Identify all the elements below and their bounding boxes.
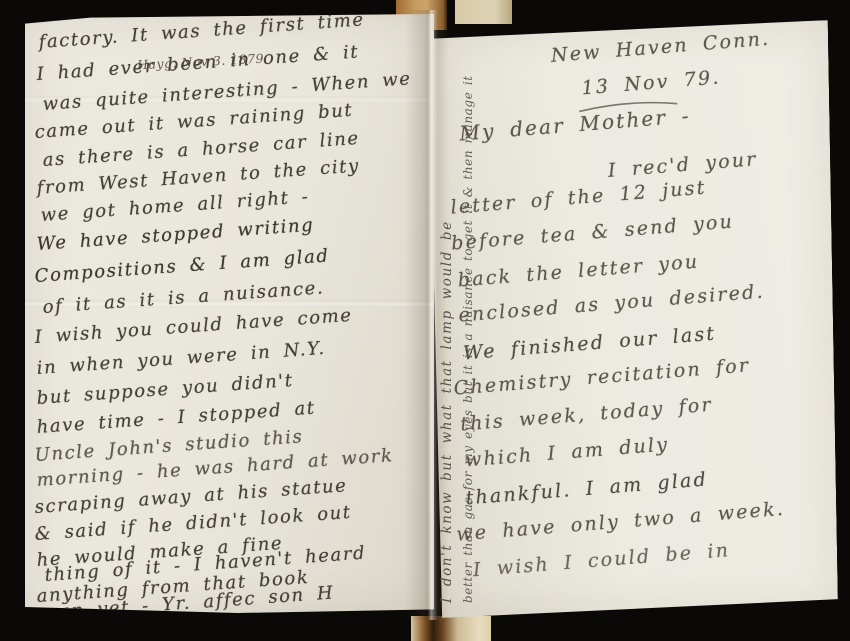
photo-background: factory. It was the first time Hayg. Nov…	[0, 0, 850, 641]
clamp-block-top-right	[455, 0, 512, 24]
heading-place: New Haven Conn.	[550, 28, 771, 67]
vertical-margin-note: I don't know but what that lamp would be…	[437, 41, 479, 603]
handwritten-line: this week, today for	[460, 394, 714, 436]
handwritten-line: thankful. I am glad	[465, 468, 709, 509]
letter-left-page: factory. It was the first time Hayg. Nov…	[25, 14, 434, 613]
letter-right-page: New Haven Conn. 13 Nov 79. My dear Mothe…	[428, 20, 838, 618]
handwritten-line: better than gas for my eyes but it is a …	[458, 41, 479, 603]
handwritten-line: which I am duly	[464, 433, 670, 471]
handwritten-line: I rec'd your	[607, 148, 758, 182]
handwritten-line: I don't know but what that lamp would be	[437, 41, 458, 603]
handwritten-line: I wish I could be in	[472, 539, 731, 581]
handwritten-line: letter of the 12 just	[450, 177, 707, 219]
handwritten-line: back the letter you	[457, 251, 700, 292]
heading-date: 13 Nov 79.	[581, 66, 722, 99]
salutation: My dear Mother -	[458, 103, 691, 145]
handwritten-line: before tea & send you	[450, 210, 734, 254]
handwritten-line: We finished our last	[462, 323, 717, 365]
